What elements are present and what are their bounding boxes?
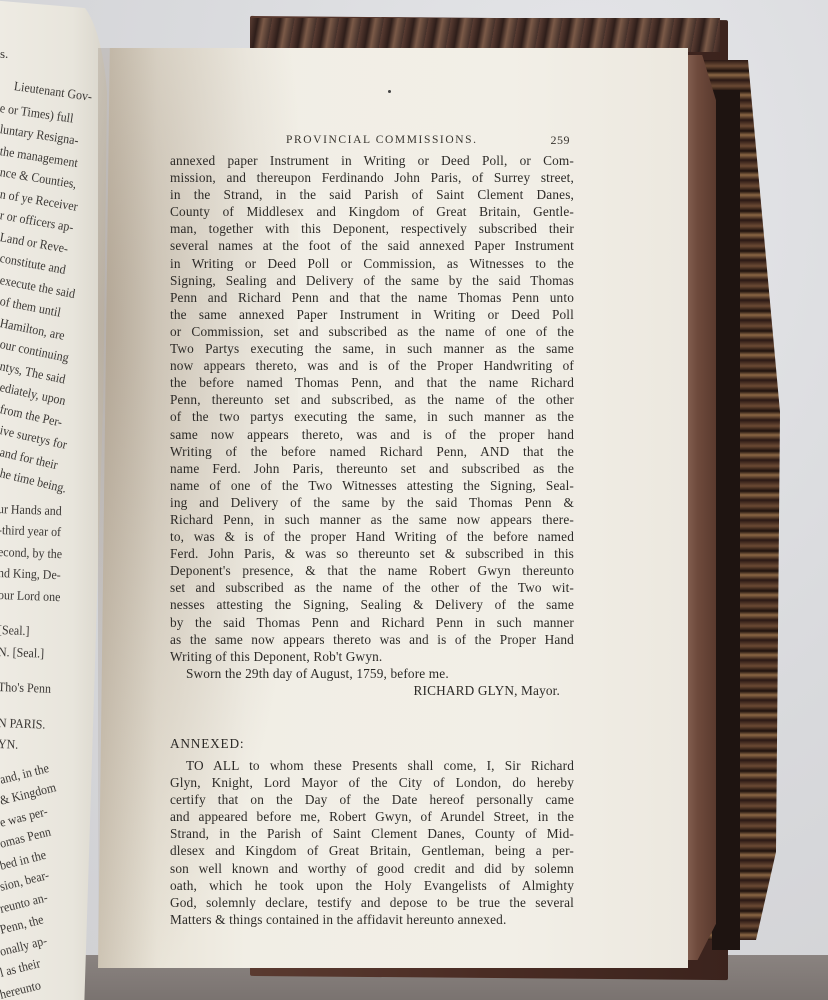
left-page-line: [Seal.] [0,620,30,641]
running-head-title: PROVINCIAL COMMISSIONS. [286,132,478,149]
affidavit-paragraph: annexed paper Instrument in Writing or D… [170,152,574,665]
left-page-line: N. [Seal.] [0,642,44,664]
running-head: PROVINCIAL COMMISSIONS. 259 [170,132,574,152]
text-line: of the two partys executing the same, in… [170,408,574,425]
text-line: as the same now appears thereto was and … [170,631,574,648]
text-line: annexed paper Instrument in Writing or D… [170,152,574,169]
text-line: in the Strand, in the said Parish of Sai… [170,186,574,203]
mayor-signature: RICHARD GLYN, Mayor. [170,682,574,699]
text-line: Penn and Richard Penn and that the name … [170,289,574,306]
left-page-corner-fragment: s. [0,44,8,64]
left-page-line: Tho's Penn [0,677,51,699]
text-line: the same annexed Paper Instrument in Wri… [170,306,574,323]
page-speck [388,90,391,93]
text-line: dlesex and Kingdom of Great Britain, Gen… [170,842,574,859]
text-line: Two Partys executing the same, in such m… [170,340,574,357]
text-line: oath, which he took upon the Holy Evange… [170,877,574,894]
left-page-line: -third year of [0,520,61,542]
text-line: Matters & things contained in the affida… [170,911,574,928]
text-line: the before named Thomas Penn, and that t… [170,374,574,391]
text-line: God, solemnly declare, testify and depos… [170,894,574,911]
text-line: in Writing or Deed Poll or Commission, a… [170,255,574,272]
text-line: Deponent's presence, & that the name Rob… [170,562,574,579]
text-line: Writing of this Deponent, Rob't Gwyn. [170,648,574,665]
text-line: Strand, in the Parish of Saint Clement D… [170,825,574,842]
left-page-line: nd King, De- [0,563,61,585]
text-line: Writing of the before named Richard Penn… [170,443,574,460]
text-line: TO ALL to whom these Presents shall come… [170,757,574,774]
text-line: to, was & is of the proper Hand Writing … [170,528,574,545]
text-line: certify that on the Day of the Date here… [170,791,574,808]
text-line: nesses attesting the Signing, Sealing & … [170,596,574,613]
text-line: County of Middlesex and Kingdom of Great… [170,203,574,220]
text-line: name of one of the Two Witnesses attesti… [170,477,574,494]
text-line: man, together with this Deponent, respec… [170,220,574,237]
text-line: ing and Delivery of the same by the said… [170,494,574,511]
text-line: Ferd. John Paris, & was so thereunto set… [170,545,574,562]
annexed-heading: ANNEXED: [170,735,574,757]
left-page-line: econd, by the [0,542,62,564]
text-line: Richard Penn, in such manner as the same… [170,511,574,528]
text-line: several names at the foot of the said an… [170,237,574,254]
text-line: Glyn, Knight, Lord Mayor of the City of … [170,774,574,791]
marbled-cover-edge [250,18,720,52]
text-line: now appears thereto, was and is of the P… [170,357,574,374]
left-page-line: N PARIS. [0,713,46,735]
left-page-line: ur Hands and [0,499,62,521]
text-line: son well known and worthy of good credit… [170,860,574,877]
certificate-paragraph: TO ALL to whom these Presents shall come… [170,757,574,928]
text-line: by the said Thomas Penn and Richard Penn… [170,614,574,631]
sworn-line: Sworn the 29th day of August, 1759, befo… [170,665,574,682]
left-page-line: our Lord one [0,585,61,607]
page-number: 259 [551,132,571,149]
text-line: and appeared before me, Robert Gwyn, of … [170,808,574,825]
book-spine-shadow [712,90,740,950]
text-line: set and subscribed as the name of the ot… [170,579,574,596]
text-line: or Commission, set and subscribed as the… [170,323,574,340]
left-page-line: YN. [0,734,19,755]
text-line: mission, and thereupon Ferdinando John P… [170,169,574,186]
text-line: name Ferd. John Paris, thereunto set and… [170,460,574,477]
page-content: PROVINCIAL COMMISSIONS. 259 annexed pape… [170,132,574,928]
text-line: same now appears thereto, was and is of … [170,426,574,443]
text-line: Penn, thereunto set and subscribed, as t… [170,391,574,408]
text-line: Signing, Sealing and Delivery of the sam… [170,272,574,289]
